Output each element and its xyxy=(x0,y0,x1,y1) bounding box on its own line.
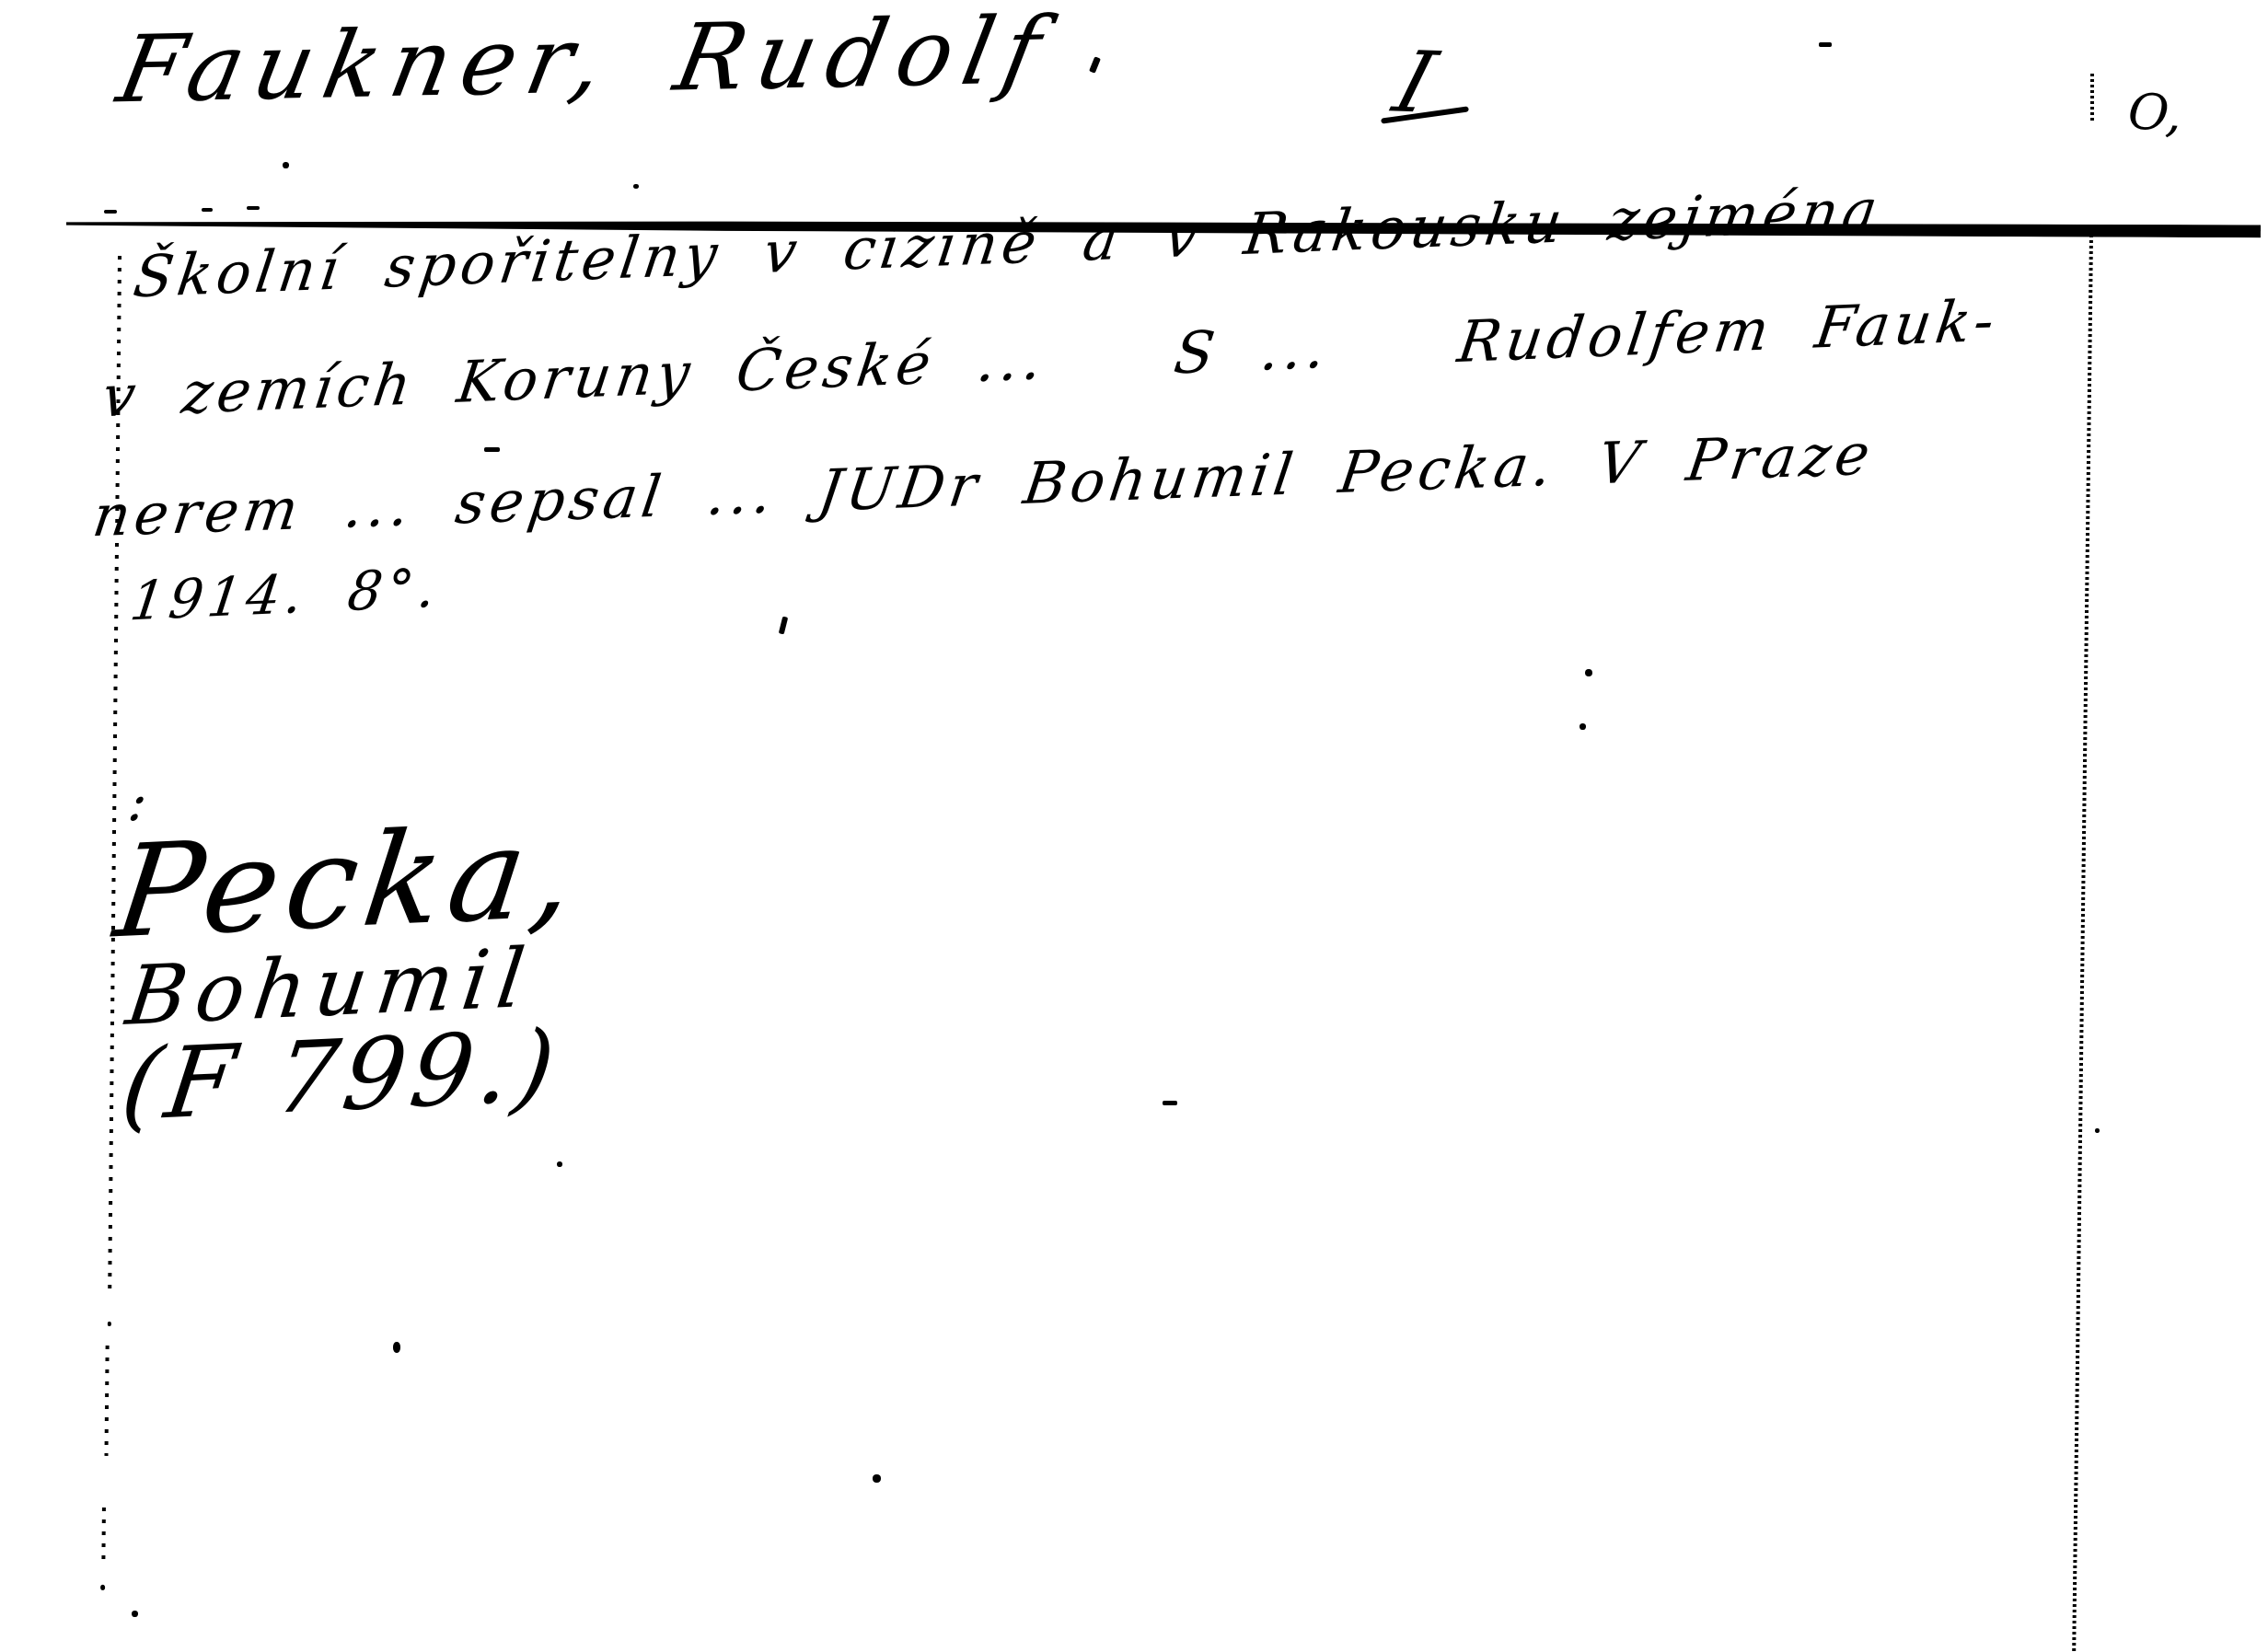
body-line: nerem ... sepsal ... JUDr Bohumil Pecka.… xyxy=(89,425,1878,545)
right-margin-dotted-line xyxy=(2072,235,2093,1652)
ink-speck xyxy=(633,184,639,189)
ink-speck xyxy=(484,447,500,452)
ink-speck xyxy=(283,162,289,168)
main-entry-heading: Faukner, Rudolf xyxy=(111,5,1059,117)
catalog-card: Faukner, Rudolf I O, Školní spořitelny v… xyxy=(0,0,2268,1652)
ink-speck xyxy=(132,1611,138,1617)
corner-mark: O, xyxy=(2126,87,2183,140)
ink-speck xyxy=(779,617,788,635)
ink-speck xyxy=(104,210,117,214)
ink-speck xyxy=(1819,42,1832,47)
body-line: Školní spořitelny v cizině a v Rakousku … xyxy=(130,181,1885,306)
body-line: v zemích Koruny České ... S ... Rudolfem… xyxy=(99,292,2002,425)
ink-speck xyxy=(1585,669,1592,676)
ink-speck xyxy=(1089,56,1101,73)
added-entry-shelfmark: (F 799.) xyxy=(116,1009,567,1142)
ink-speck xyxy=(557,1161,562,1167)
ink-speck xyxy=(2095,1128,2100,1133)
ink-speck xyxy=(393,1342,400,1353)
added-entry-line: : Pecka, Bohumil (F 799.) xyxy=(64,736,602,1155)
ink-speck xyxy=(247,206,260,210)
ink-speck xyxy=(1163,1101,1177,1105)
right-margin-dotted-line-top xyxy=(2090,74,2094,123)
ink-speck xyxy=(202,208,213,212)
ink-speck xyxy=(873,1474,881,1483)
ink-speck xyxy=(1579,723,1586,730)
body-line: 1914. 8°. xyxy=(127,560,443,628)
